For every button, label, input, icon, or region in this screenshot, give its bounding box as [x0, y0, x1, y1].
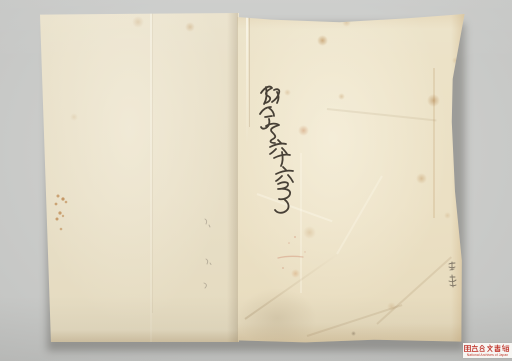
foxing-spot [70, 113, 78, 121]
crease-line [336, 176, 383, 255]
page-fold-shadow [227, 13, 238, 342]
watermark-latin-text: National Archives of Japan [463, 353, 512, 357]
crease-line [150, 13, 152, 342]
ink-bleedthrough-marks [198, 213, 218, 298]
foxing-dot-cluster [52, 191, 78, 237]
calligraphy-title [251, 77, 311, 227]
foxing-spot [416, 173, 427, 184]
foxing-spot [132, 16, 144, 28]
crease-line [152, 13, 153, 313]
foxing-spot [338, 93, 345, 100]
crease-line [376, 256, 452, 324]
crease-line [307, 304, 403, 337]
red-ink-smudge [275, 231, 315, 275]
left-page [40, 13, 239, 342]
scan-backdrop: 勅令第六十六号 [0, 0, 512, 361]
foxing-spot [387, 302, 396, 311]
crease-line [246, 15, 248, 145]
crease-line [249, 17, 250, 127]
foxing-spot [427, 94, 440, 107]
watermark-kanji-glyphs [463, 344, 512, 353]
foxing-spot [342, 18, 351, 27]
foxing-spot [351, 331, 356, 336]
archives-watermark: 国立公文書館 National Archives of Japan [463, 343, 512, 358]
foxing-spot [317, 35, 328, 46]
crease-line [433, 68, 435, 218]
foxing-spot [185, 22, 195, 32]
crumple-shading [237, 288, 317, 348]
right-page: 勅令第六十六号 [237, 13, 465, 343]
crease-line [327, 108, 437, 121]
foxing-spot [444, 212, 451, 219]
